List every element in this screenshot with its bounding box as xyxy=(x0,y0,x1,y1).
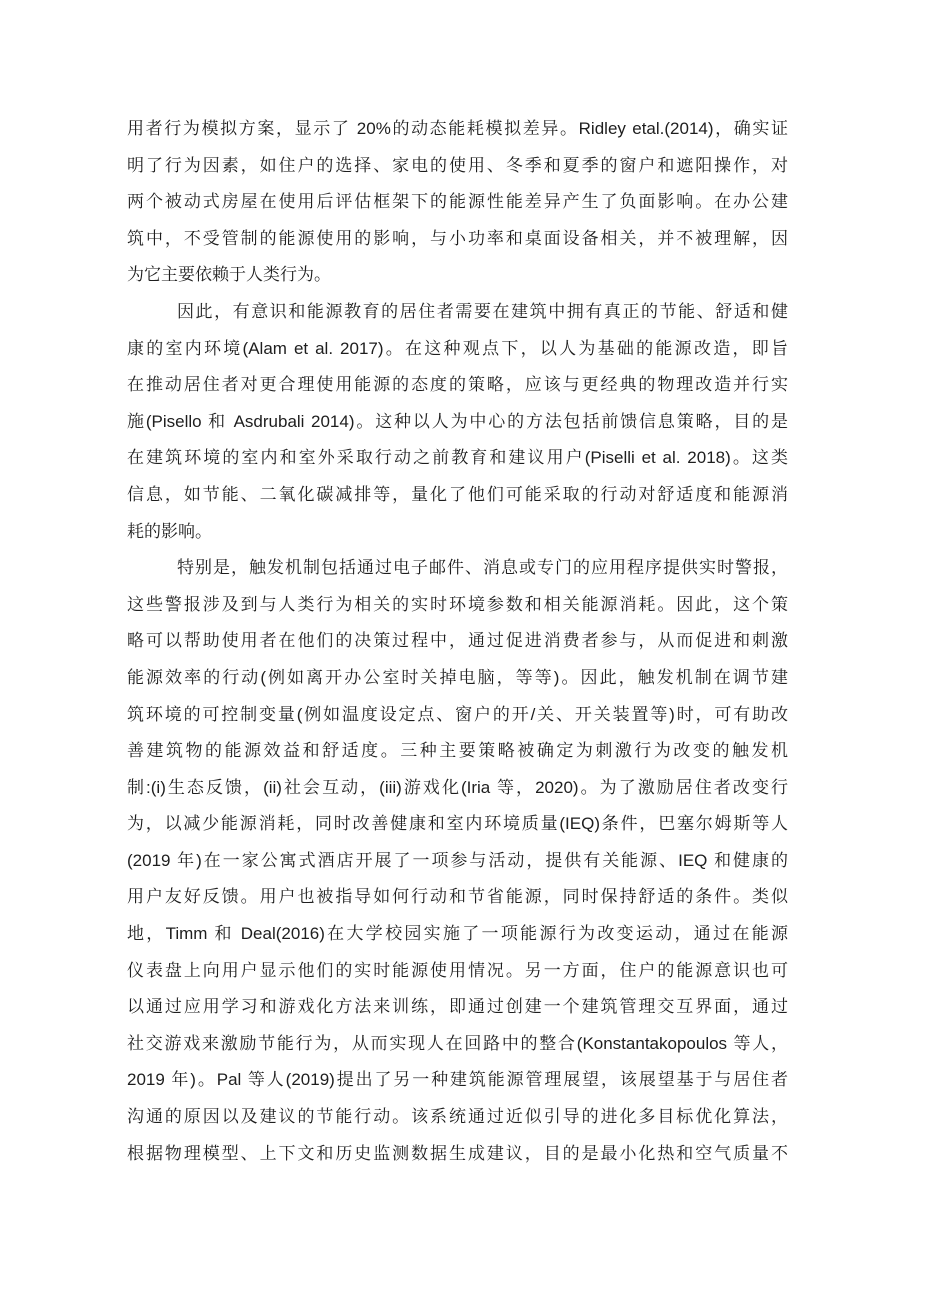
text-line: 制:(i)生态反馈，(ii)社会互动，(iii)游戏化(Iria 等，2020)… xyxy=(127,770,788,807)
text-line: 两个被动式房屋在使用后评估框架下的能源性能差异产生了负面影响。在办公建 xyxy=(127,184,788,221)
text-line: 善建筑物的能源效益和舒适度。三种主要策略被确定为刺激行为改变的触发机 xyxy=(127,733,788,770)
text-line: 康的室内环境(Alam et al. 2017)。在这种观点下，以人为基础的能源… xyxy=(127,331,788,368)
text-line: 在推动居住者对更合理使用能源的态度的策略，应该与更经典的物理改造并行实 xyxy=(127,367,788,404)
text-line: 能源效率的行动(例如离开办公室时关掉电脑，等等)。因此，触发机制在调节建 xyxy=(127,660,788,697)
text-line: 特别是，触发机制包括通过电子邮件、消息或专门的应用程序提供实时警报， xyxy=(127,550,788,587)
text-line: 筑中，不受管制的能源使用的影响，与小功率和桌面设备相关，并不被理解，因 xyxy=(127,221,788,258)
text-line: 沟通的原因以及建议的节能行动。该系统通过近似引导的进化多目标优化算法， xyxy=(127,1099,788,1136)
text-line: 为它主要依赖于人类行为。 xyxy=(127,257,788,294)
text-line: 地，Timm 和 Deal(2016)在大学校园实施了一项能源行为改变运动，通过… xyxy=(127,916,788,953)
text-line: 用者行为模拟方案，显示了 20%的动态能耗模拟差异。Ridley etal.(2… xyxy=(127,111,788,148)
text-line: 筑环境的可控制变量(例如温度设定点、窗户的开/关、开关装置等)时，可有助改 xyxy=(127,697,788,734)
text-line: 在建筑环境的室内和室外采取行动之前教育和建议用户(Piselli et al. … xyxy=(127,440,788,477)
text-line: 根据物理模型、上下文和历史监测数据生成建议，目的是最小化热和空气质量不 xyxy=(127,1136,788,1173)
text-line: (2019 年)在一家公寓式酒店开展了一项参与活动，提供有关能源、IEQ 和健康… xyxy=(127,843,788,880)
text-line: 施(Pisello 和 Asdrubali 2014)。这种以人为中心的方法包括… xyxy=(127,404,788,441)
document-text-block: 用者行为模拟方案，显示了 20%的动态能耗模拟差异。Ridley etal.(2… xyxy=(127,111,788,1172)
text-line: 信息，如节能、二氧化碳减排等，量化了他们可能采取的行动对舒适度和能源消 xyxy=(127,477,788,514)
text-line: 明了行为因素，如住户的选择、家电的使用、冬季和夏季的窗户和遮阳操作，对 xyxy=(127,148,788,185)
text-line: 社交游戏来激励节能行为，从而实现人在回路中的整合(Konstantakopoul… xyxy=(127,1026,788,1063)
text-line: 仪表盘上向用户显示他们的实时能源使用情况。另一方面，住户的能源意识也可 xyxy=(127,953,788,990)
text-line: 略可以帮助使用者在他们的决策过程中，通过促进消费者参与，从而促进和刺激 xyxy=(127,623,788,660)
text-line: 为，以减少能源消耗，同时改善健康和室内环境质量(IEQ)条件，巴塞尔姆斯等人 xyxy=(127,806,788,843)
text-line: 这些警报涉及到与人类行为相关的实时环境参数和相关能源消耗。因此，这个策 xyxy=(127,587,788,624)
text-line: 因此，有意识和能源教育的居住者需要在建筑中拥有真正的节能、舒适和健 xyxy=(127,294,788,331)
document-page: 用者行为模拟方案，显示了 20%的动态能耗模拟差异。Ridley etal.(2… xyxy=(0,0,926,1309)
text-line: 以通过应用学习和游戏化方法来训练，即通过创建一个建筑管理交互界面，通过 xyxy=(127,989,788,1026)
text-line: 用户友好反馈。用户也被指导如何行动和节省能源，同时保持舒适的条件。类似 xyxy=(127,879,788,916)
text-line: 耗的影响。 xyxy=(127,514,788,551)
text-line: 2019 年)。Pal 等人(2019)提出了另一种建筑能源管理展望，该展望基于… xyxy=(127,1062,788,1099)
